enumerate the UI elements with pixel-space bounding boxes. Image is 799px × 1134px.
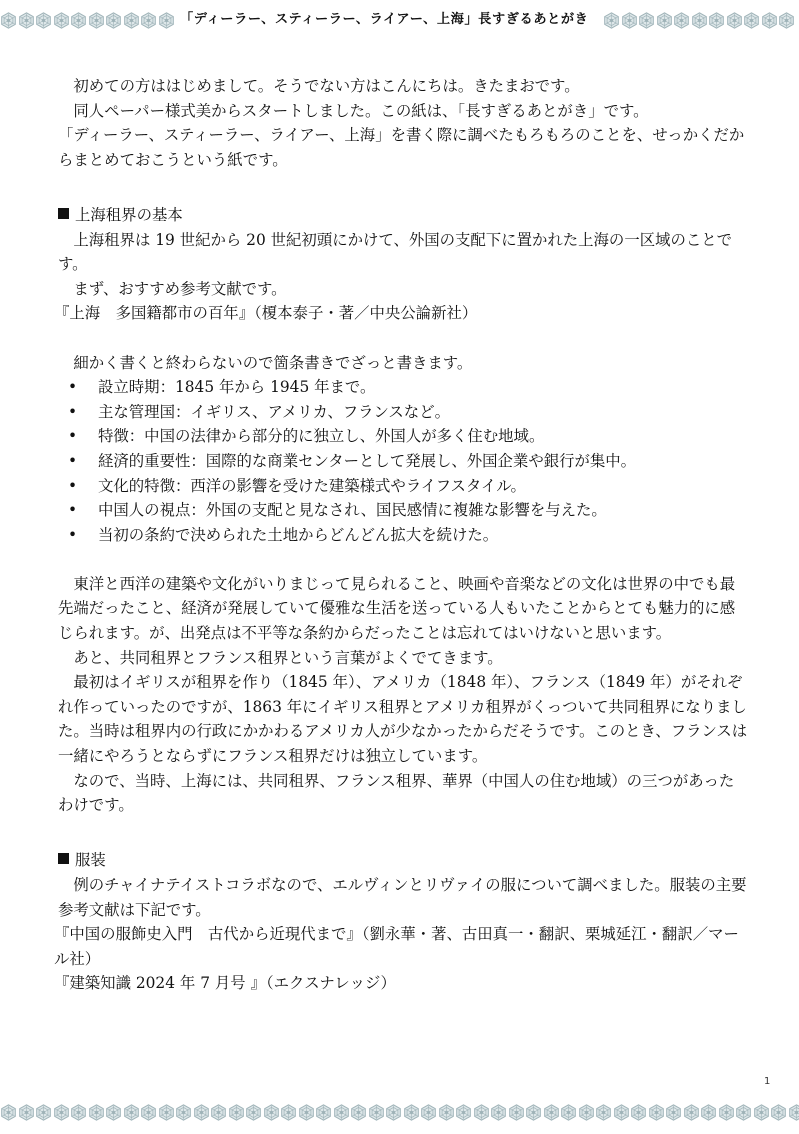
hexagon-ornament-icon	[245, 1103, 263, 1121]
hexagon-ornament-icon	[210, 1103, 228, 1121]
hexagon-ornament-icon	[603, 11, 621, 29]
hexagon-ornament-icon	[175, 1103, 193, 1121]
hexagon-ornament-icon	[140, 11, 158, 29]
hexagon-ornament-icon	[788, 1103, 799, 1121]
section-heading-clothing: 服装	[58, 848, 748, 873]
hexagon-ornament-icon	[368, 1103, 386, 1121]
section1-body-3: 最初はイギリスが租界を作り（1845 年）、アメリカ（1848 年）、フランス（…	[58, 670, 748, 768]
hexagon-ornament-icon	[560, 1103, 578, 1121]
hexagon-ornament-icon	[683, 1103, 701, 1121]
hexagon-ornament-icon	[193, 1103, 211, 1121]
list-item: •主な管理国：イギリス、アメリカ、フランスなど。	[58, 400, 748, 425]
hexagon-ornament-icon	[718, 1103, 736, 1121]
bullet-icon: •	[68, 424, 77, 449]
list-item: •文化的特徴：西洋の影響を受けた建築様式やライフスタイル。	[58, 474, 748, 499]
reference-citation: 『上海 多国籍都市の百年』（榎本泰子・著／中央公論新社）	[54, 301, 748, 326]
hexagon-ornament-icon	[656, 11, 674, 29]
spacer	[58, 547, 748, 572]
hexagon-ornament-icon	[140, 1103, 158, 1121]
hexagon-ornament-icon	[691, 11, 709, 29]
page-number: 1	[764, 1076, 770, 1087]
black-square-icon	[58, 853, 69, 864]
list-item-text: 特徴：中国の法律から部分的に独立し、外国人が多く住む地域。	[98, 427, 544, 445]
hexagon-ornament-icon	[53, 11, 71, 29]
bullet-list: •設立時期：1845 年から 1945 年まで。 •主な管理国：イギリス、アメリ…	[58, 375, 748, 547]
reference-citation: 『建築知識 2024 年 7 月号 』（エクスナレッジ）	[54, 971, 748, 996]
reference-citation: 『中国の服飾史入門 古代から近現代まで』（劉永華・著、古田真一・翻訳、栗城延江・…	[54, 922, 748, 971]
spacer	[58, 326, 748, 351]
hexagon-ornament-icon	[638, 11, 656, 29]
hexagon-ornament-icon	[35, 1103, 53, 1121]
section-heading-text: 上海租界の基本	[75, 206, 183, 224]
list-item-text: 文化的特徴：西洋の影響を受けた建築様式やライフスタイル。	[98, 477, 526, 495]
list-item: •当初の条約で決められた土地からどんどん拡大を続けた。	[58, 523, 748, 548]
hexagon-ornament-icon	[630, 1103, 648, 1121]
hexagon-ornament-icon	[123, 1103, 141, 1121]
list-item-text: 設立時期：1845 年から 1945 年まで。	[98, 378, 375, 396]
hexagon-ornament-icon	[761, 11, 779, 29]
footer-ornament-row	[0, 1102, 799, 1122]
hexagon-ornament-icon	[525, 1103, 543, 1121]
list-item: •経済的重要性：国際的な商業センターとして発展し、外国企業や銀行が集中。	[58, 449, 748, 474]
section-heading-shanghai-concession: 上海租界の基本	[58, 203, 748, 228]
hexagon-ornament-icon	[18, 11, 36, 29]
hexagon-ornament-icon	[543, 1103, 561, 1121]
intro-paragraph-1: 初めての方ははじめまして。そうでない方はこんにちは。きたまおです。	[58, 74, 748, 99]
list-item-text: 経済的重要性：国際的な商業センターとして発展し、外国企業や銀行が集中。	[98, 452, 636, 470]
hexagon-ornament-icon	[105, 1103, 123, 1121]
list-intro: 細かく書くと終わらないので箇条書きでざっと書きます。	[58, 351, 748, 376]
section-heading-text: 服装	[75, 851, 106, 869]
hexagon-ornament-icon	[473, 1103, 491, 1121]
hexagon-ornament-icon	[778, 11, 796, 29]
list-item-text: 当初の条約で決められた土地からどんどん拡大を続けた。	[98, 526, 498, 544]
bullet-icon: •	[68, 523, 77, 548]
bullet-icon: •	[68, 474, 77, 499]
hexagon-ornament-icon	[708, 11, 726, 29]
bullet-icon: •	[68, 449, 77, 474]
hexagon-ornament-icon	[726, 11, 744, 29]
bullet-icon: •	[68, 498, 77, 523]
hexagon-ornament-icon	[0, 1103, 18, 1121]
section2-paragraph: 例のチャイナテイストコラボなので、エルヴィンとリヴァイの服について調べました。服…	[58, 873, 748, 922]
hexagon-ornament-icon	[18, 1103, 36, 1121]
hexagon-ornament-icon	[455, 1103, 473, 1121]
hexagon-ornament-icon	[70, 11, 88, 29]
bullet-icon: •	[68, 400, 77, 425]
hexagon-ornament-icon	[88, 1103, 106, 1121]
hexagon-ornament-icon	[315, 1103, 333, 1121]
hexagon-ornament-icon	[613, 1103, 631, 1121]
hexagon-ornament-icon	[123, 11, 141, 29]
hexagon-ornament-icon	[578, 1103, 596, 1121]
hexagon-ornament-icon	[35, 11, 53, 29]
hexagon-ornament-icon	[88, 11, 106, 29]
section1-body-2: あと、共同租界とフランス租界という言葉がよくでてきます。	[58, 646, 748, 671]
hexagon-ornament-icon	[648, 1103, 666, 1121]
hexagon-ornament-icon	[438, 1103, 456, 1121]
hexagon-ornament-icon	[70, 1103, 88, 1121]
hexagon-ornament-icon	[53, 1103, 71, 1121]
hexagon-ornament-icon	[403, 1103, 421, 1121]
hexagon-ornament-icon	[490, 1103, 508, 1121]
black-square-icon	[58, 208, 69, 219]
list-item: •設立時期：1845 年から 1945 年まで。	[58, 375, 748, 400]
hexagon-ornament-icon	[385, 1103, 403, 1121]
hexagon-ornament-icon	[158, 1103, 176, 1121]
spacer	[58, 172, 748, 197]
list-item-text: 主な管理国：イギリス、アメリカ、フランスなど。	[98, 403, 450, 421]
section1-body-1: 東洋と西洋の建築や文化がいりまじって見られること、映画や音楽などの文化は世界の中…	[58, 572, 748, 646]
spacer	[58, 818, 748, 843]
hexagon-ornament-icon	[673, 11, 691, 29]
hexagon-ornament-icon	[735, 1103, 753, 1121]
list-item-text: 中国人の視点：外国の支配と見なされ、国民感情に複雑な影響を与えた。	[98, 501, 607, 519]
hexagon-ornament-icon	[621, 11, 639, 29]
hexagon-ornament-icon	[595, 1103, 613, 1121]
header-ornament-right	[603, 10, 796, 30]
hexagon-ornament-icon	[743, 11, 761, 29]
hexagon-ornament-icon	[350, 1103, 368, 1121]
hexagon-ornament-icon	[298, 1103, 316, 1121]
hexagon-ornament-icon	[280, 1103, 298, 1121]
section1-body-4: なので、当時、上海には、共同租界、フランス租界、華界（中国人の住む地域）の三つが…	[58, 769, 748, 818]
hexagon-ornament-icon	[105, 11, 123, 29]
hexagon-ornament-icon	[158, 11, 176, 29]
bullet-icon: •	[68, 375, 77, 400]
section1-paragraph-2: まず、おすすめ参考文献です。	[58, 277, 748, 302]
hexagon-ornament-icon	[333, 1103, 351, 1121]
header-title: 「ディーラー、スティーラー、ライアー、上海」長すぎるあとがき	[180, 9, 600, 31]
hexagon-ornament-icon	[420, 1103, 438, 1121]
hexagon-ornament-icon	[0, 11, 18, 29]
hexagon-ornament-icon	[770, 1103, 788, 1121]
document-body: 初めての方ははじめまして。そうでない方はこんにちは。きたまおです。 同人ペーパー…	[58, 74, 748, 996]
hexagon-ornament-icon	[700, 1103, 718, 1121]
hexagon-ornament-icon	[508, 1103, 526, 1121]
intro-paragraph-2: 同人ペーパー様式美からスタートしました。この紙は、「長すぎるあとがき」です。	[58, 99, 748, 124]
hexagon-ornament-icon	[753, 1103, 771, 1121]
list-item: •中国人の視点：外国の支配と見なされ、国民感情に複雑な影響を与えた。	[58, 498, 748, 523]
section1-paragraph-1: 上海租界は 19 世紀から 20 世紀初頭にかけて、外国の支配下に置かれた上海の…	[58, 228, 748, 277]
hexagon-ornament-icon	[263, 1103, 281, 1121]
hexagon-ornament-icon	[665, 1103, 683, 1121]
intro-paragraph-3: 「ディーラー、スティーラー、ライアー、上海」を書く際に調べたもろもろのことを、せ…	[58, 123, 748, 172]
list-item: •特徴：中国の法律から部分的に独立し、外国人が多く住む地域。	[58, 424, 748, 449]
header-ornament-left	[0, 10, 175, 30]
hexagon-ornament-icon	[228, 1103, 246, 1121]
